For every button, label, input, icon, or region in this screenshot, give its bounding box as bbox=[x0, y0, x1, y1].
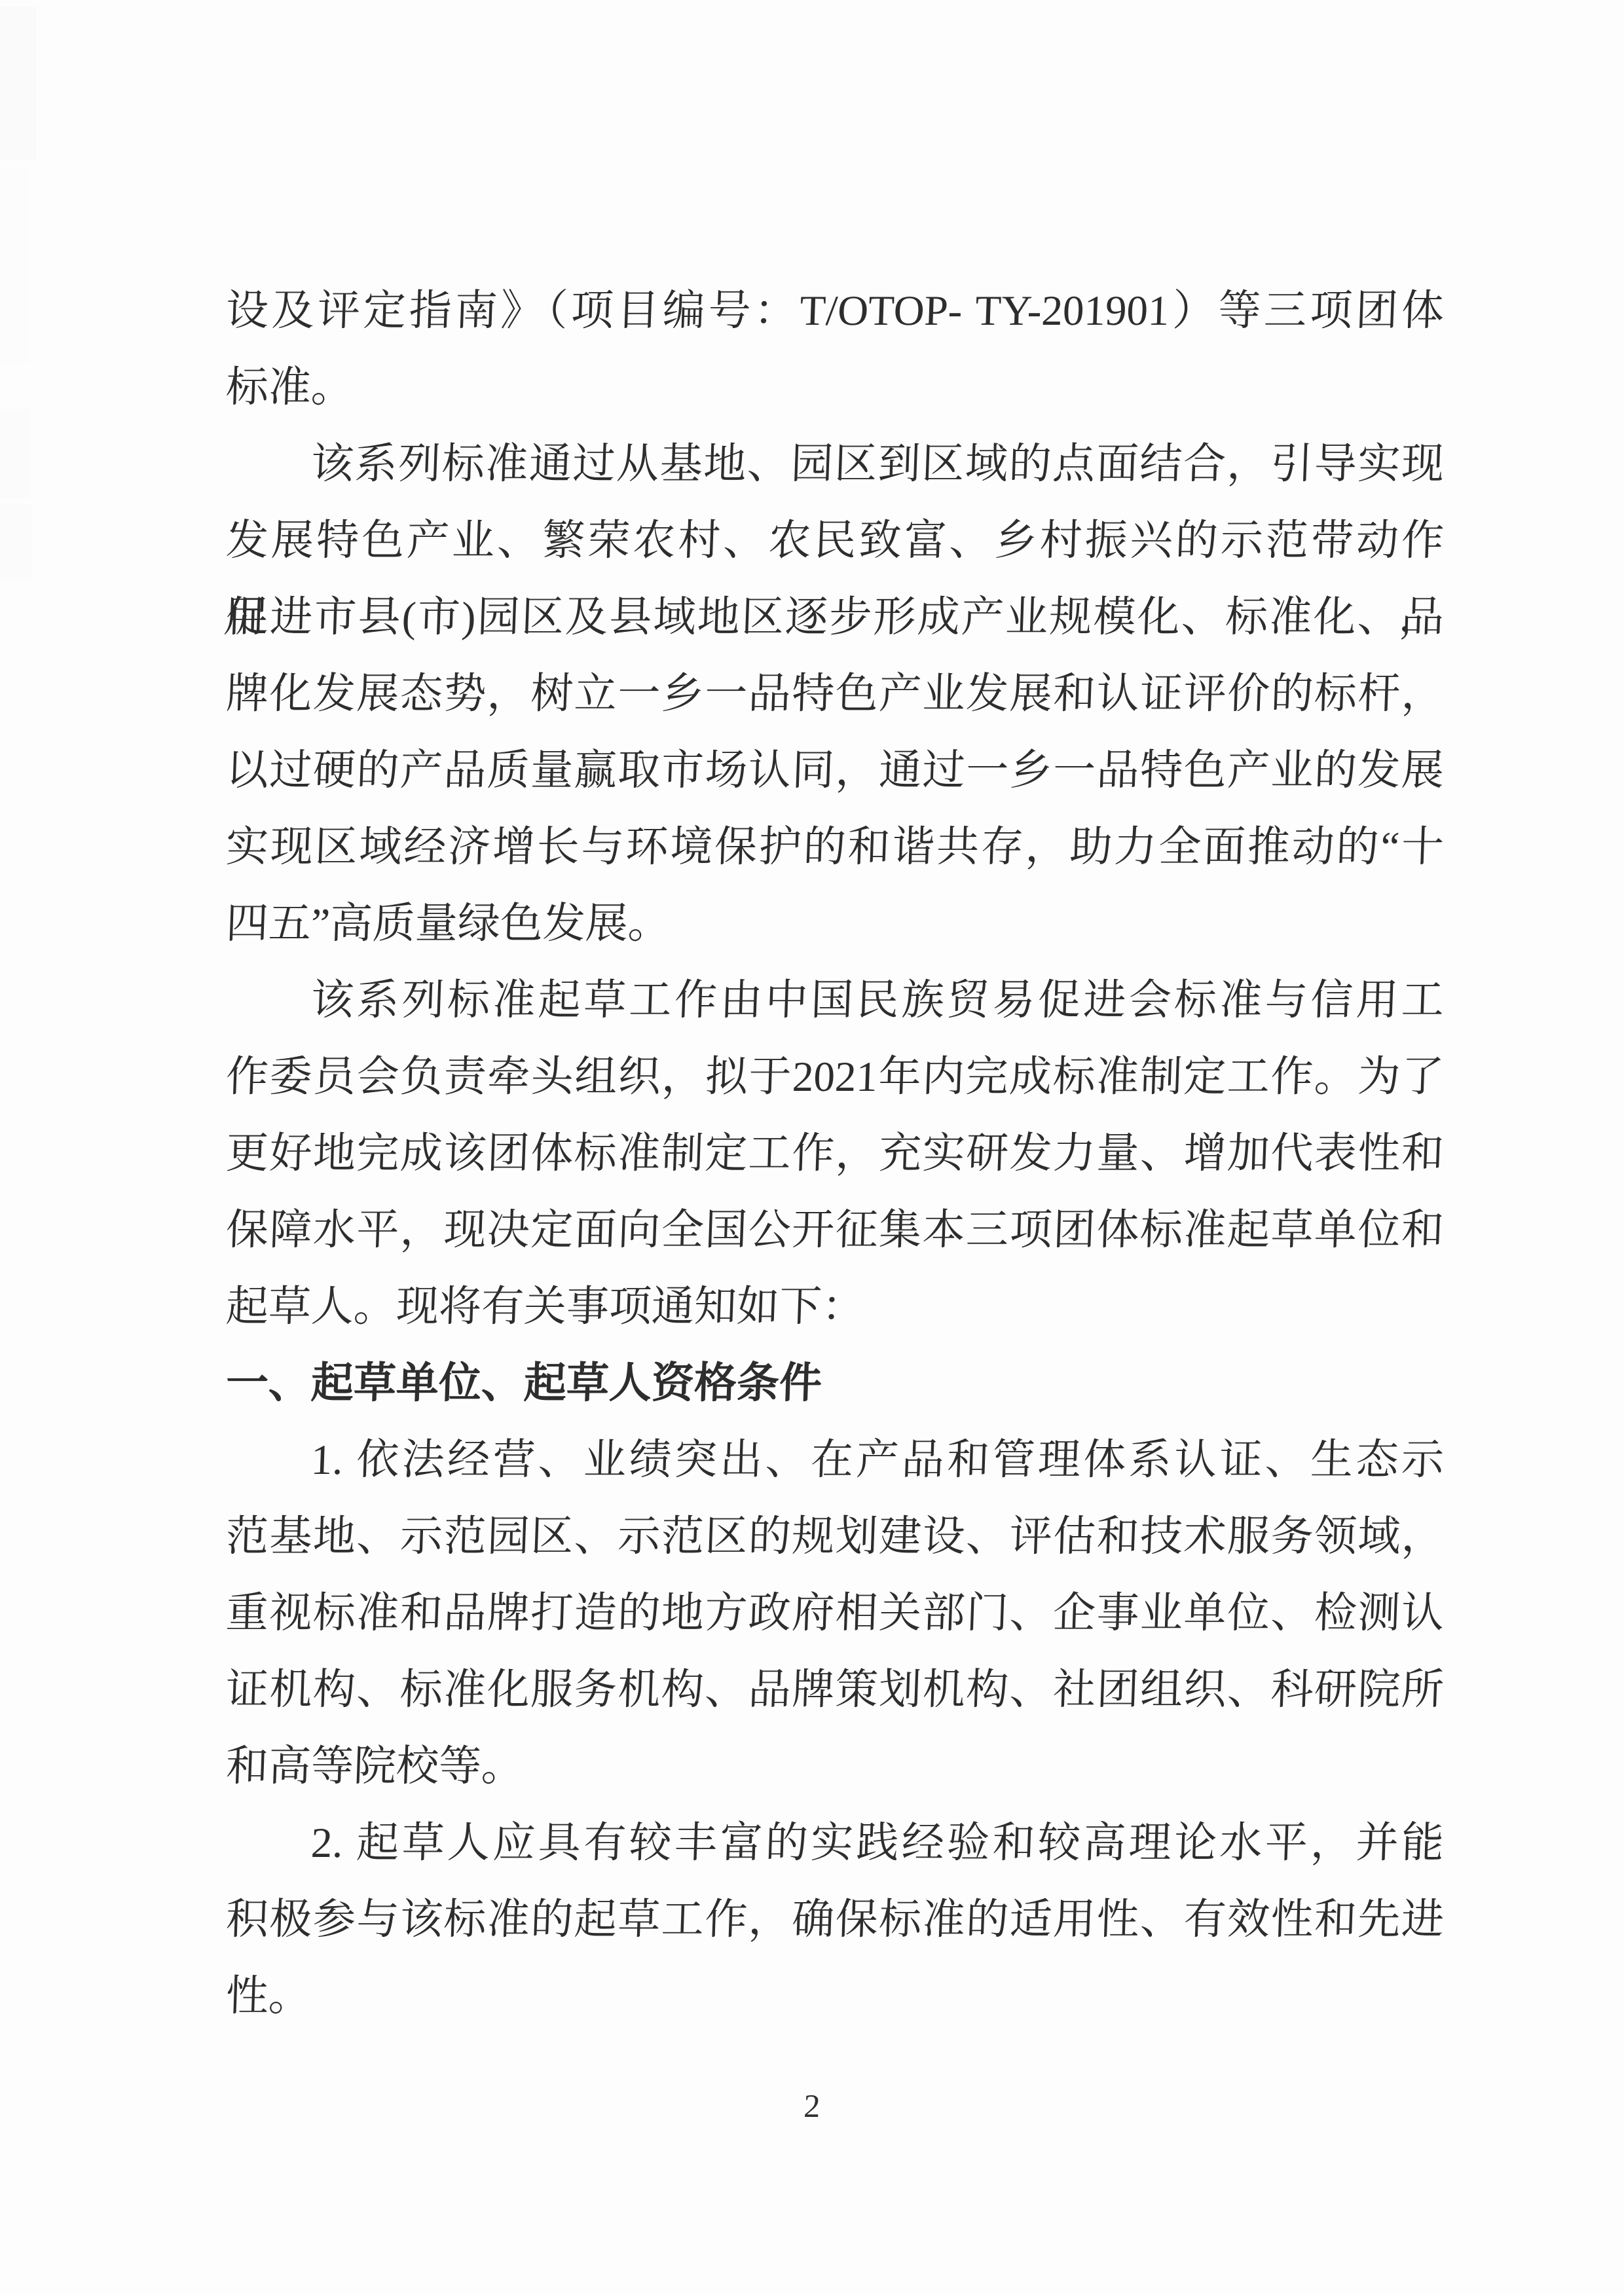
text-line: 1. 依法经营、业绩突出、在产品和管理体系认证、生态示 bbox=[225, 1422, 1445, 1499]
scan-artifact bbox=[0, 7, 36, 160]
text-line: 标准。 bbox=[225, 350, 1445, 426]
text-line: 和高等院校等。 bbox=[225, 1729, 1445, 1805]
text-line: 实现区域经济增长与环境保护的和谐共存，助力全面推动的“十 bbox=[225, 809, 1445, 886]
text-line: 2. 起草人应具有较丰富的实践经验和较高理论水平，并能 bbox=[225, 1805, 1445, 1882]
text-line: 设及评定指南》（项目编号：T/OTOP- TY-201901）等三项团体 bbox=[225, 273, 1445, 350]
text-line: 更好地完成该团体标准制定工作，充实研发力量、增加代表性和 bbox=[225, 1116, 1445, 1192]
text-line: 该系列标准起草工作由中国民族贸易促进会标准与信用工 bbox=[225, 963, 1445, 1039]
scanned-document-page: 设及评定指南》（项目编号：T/OTOP- TY-201901）等三项团体标准。该… bbox=[0, 0, 1624, 2295]
scan-artifact bbox=[0, 409, 30, 498]
text-line: 四五”高质量绿色发展。 bbox=[225, 886, 1445, 963]
text-line: 牌化发展态势，树立一乡一品特色产业发展和认证评价的标杆， bbox=[225, 656, 1445, 733]
text-line: 发展特色产业、繁荣农村、农民致富、乡村振兴的示范带动作用， bbox=[225, 503, 1445, 579]
scan-artifact bbox=[0, 167, 30, 363]
section-heading: 一、起草单位、起草人资格条件 bbox=[225, 1346, 1445, 1422]
text-line: 促进市县(市)园区及县域地区逐步形成产业规模化、标准化、品 bbox=[225, 579, 1445, 656]
text-line: 起草人。现将有关事项通知如下： bbox=[225, 1269, 1445, 1346]
scan-artifact bbox=[0, 504, 33, 579]
document-body: 设及评定指南》（项目编号：T/OTOP- TY-201901）等三项团体标准。该… bbox=[226, 273, 1444, 2035]
text-line: 性。 bbox=[225, 1958, 1445, 2035]
text-line: 该系列标准通过从基地、园区到区域的点面结合，引导实现 bbox=[225, 426, 1445, 503]
text-line: 范基地、示范园区、示范区的规划建设、评估和技术服务领域， bbox=[225, 1499, 1445, 1575]
text-line: 证机构、标准化服务机构、品牌策划机构、社团组织、科研院所 bbox=[225, 1652, 1445, 1729]
text-line: 作委员会负责牵头组织，拟于2021年内完成标准制定工作。为了 bbox=[225, 1039, 1445, 1116]
page-number: 2 bbox=[0, 2086, 1624, 2125]
text-line: 重视标准和品牌打造的地方政府相关部门、企事业单位、检测认 bbox=[225, 1575, 1445, 1652]
text-line: 积极参与该标准的起草工作，确保标准的适用性、有效性和先进 bbox=[225, 1882, 1445, 1958]
text-line: 保障水平，现决定面向全国公开征集本三项团体标准起草单位和 bbox=[225, 1192, 1445, 1269]
text-line: 以过硬的产品质量赢取市场认同，通过一乡一品特色产业的发展 bbox=[225, 733, 1445, 809]
